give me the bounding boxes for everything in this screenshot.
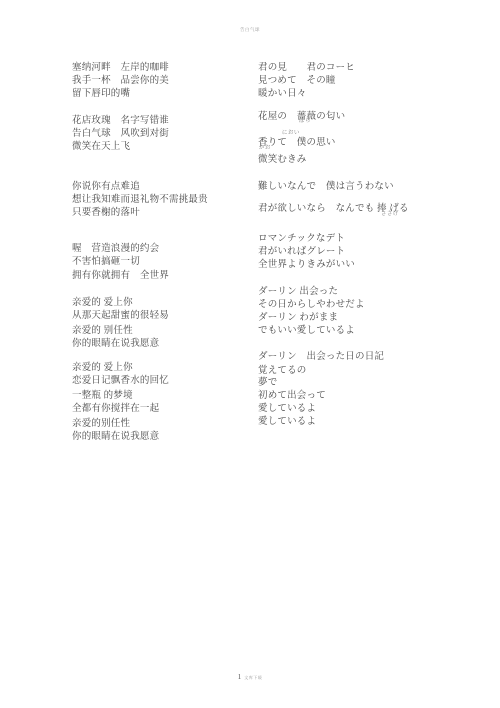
- page-number: 1: [238, 673, 242, 681]
- lyric-line-right: 香りて 僕の思い: [258, 137, 336, 149]
- lyric-line-left: 恋爱日记飘香水的回忆: [72, 375, 169, 387]
- lyric-line-right: ダーリン 出会った: [258, 286, 338, 298]
- lyric-line-left: 不害怕搞砸一切: [72, 256, 140, 268]
- lyric-line-left: 我手一杯 品尝你的美: [72, 75, 169, 87]
- lyric-line-right: 夢で: [258, 377, 277, 389]
- lyric-line-left: 亲爱的别任性: [72, 418, 130, 430]
- lyric-line-right: 君がいればグレート: [258, 246, 345, 258]
- lyric-line-left: 你的眼睛在说我愿意: [72, 338, 159, 350]
- lyric-line-left: 喔 营造浪漫的约会: [72, 243, 159, 255]
- lyric-line-right: 初めて出会って: [258, 390, 326, 402]
- lyric-line-right: 微笑むきみ: [258, 154, 307, 166]
- lyric-line-left: 塞纳河畔 左岸的咖啡: [72, 62, 169, 74]
- furigana-line: ばら におい: [258, 103, 311, 110]
- document-page: 告白气球 塞纳河畔 左岸的咖啡 我手一杯 品尝你的美 留下唇印的嘴 花店玫瑰 名…: [0, 0, 500, 708]
- lyric-line-left: 你的眼睛在说我愿意: [72, 431, 159, 443]
- lyric-line-left: 从那天起甜蜜的很轻易: [72, 310, 169, 322]
- lyric-line-left: 一整瓶 的梦境: [72, 390, 133, 402]
- lyric-line-left: 全都有你搅拌在一起: [72, 403, 159, 415]
- lyric-line-left: 亲爱的 别任性: [72, 325, 133, 337]
- page-footer: 1文库下载: [0, 666, 500, 684]
- lyric-line-left: 亲爱的 爱上你: [72, 362, 133, 374]
- lyric-line-left: 想让我知难而退礼物不需挑最贵: [72, 194, 208, 206]
- lyric-line-left: 你说你有点难追: [72, 181, 140, 193]
- lyric-line-right: でもいい愛しているよ: [258, 325, 355, 337]
- lyric-line-right: 難しいなんで 僕は言うわない: [258, 181, 394, 193]
- lyric-line-right: 全世界よりきみがいい: [258, 259, 355, 271]
- page-header-title: 告白气球: [0, 27, 500, 33]
- lyric-line-right: 暖かい日々: [258, 88, 307, 100]
- lyric-line-left: 花店玫瑰 名字写错谁: [72, 115, 169, 127]
- lyric-line-left: 亲爱的 爱上你: [72, 297, 133, 309]
- lyric-line-left: 留下唇印的嘴: [72, 88, 130, 100]
- lyric-line-right: ダーリン 出会った日の日記: [258, 351, 384, 363]
- lyric-line-right: ロマンチックなデト: [258, 233, 345, 245]
- lyric-line-right: 君が欲しいなら なんでも 捧 げる: [258, 203, 409, 215]
- furigana-line: かお: [258, 130, 271, 137]
- lyric-line-left: 微笑在天上飞: [72, 141, 130, 153]
- lyric-line-left: 拥有你就拥有 全世界: [72, 270, 169, 282]
- lyric-line-right: その日からしやわせだよ: [258, 299, 365, 311]
- lyric-line-right: ダーリン わがまま: [258, 312, 338, 324]
- lyric-line-left: 告白气球 风吹到对街: [72, 128, 169, 140]
- furigana-line: ささげ: [258, 196, 399, 203]
- lyric-line-left: 只要香榭的落叶: [72, 207, 140, 219]
- lyric-line-right: 花屋の 薔薇の匂い: [258, 111, 345, 123]
- lyric-line-right: 愛しているよ: [258, 403, 316, 415]
- lyric-line-right: 覚えてるの: [258, 365, 307, 377]
- lyric-line-right: 君の見 君のコーヒ: [258, 62, 355, 74]
- lyric-line-right: 見つめて その瞳: [258, 75, 336, 87]
- footer-note: 文库下载: [244, 675, 262, 680]
- lyric-line-right: 愛しているよ: [258, 416, 316, 428]
